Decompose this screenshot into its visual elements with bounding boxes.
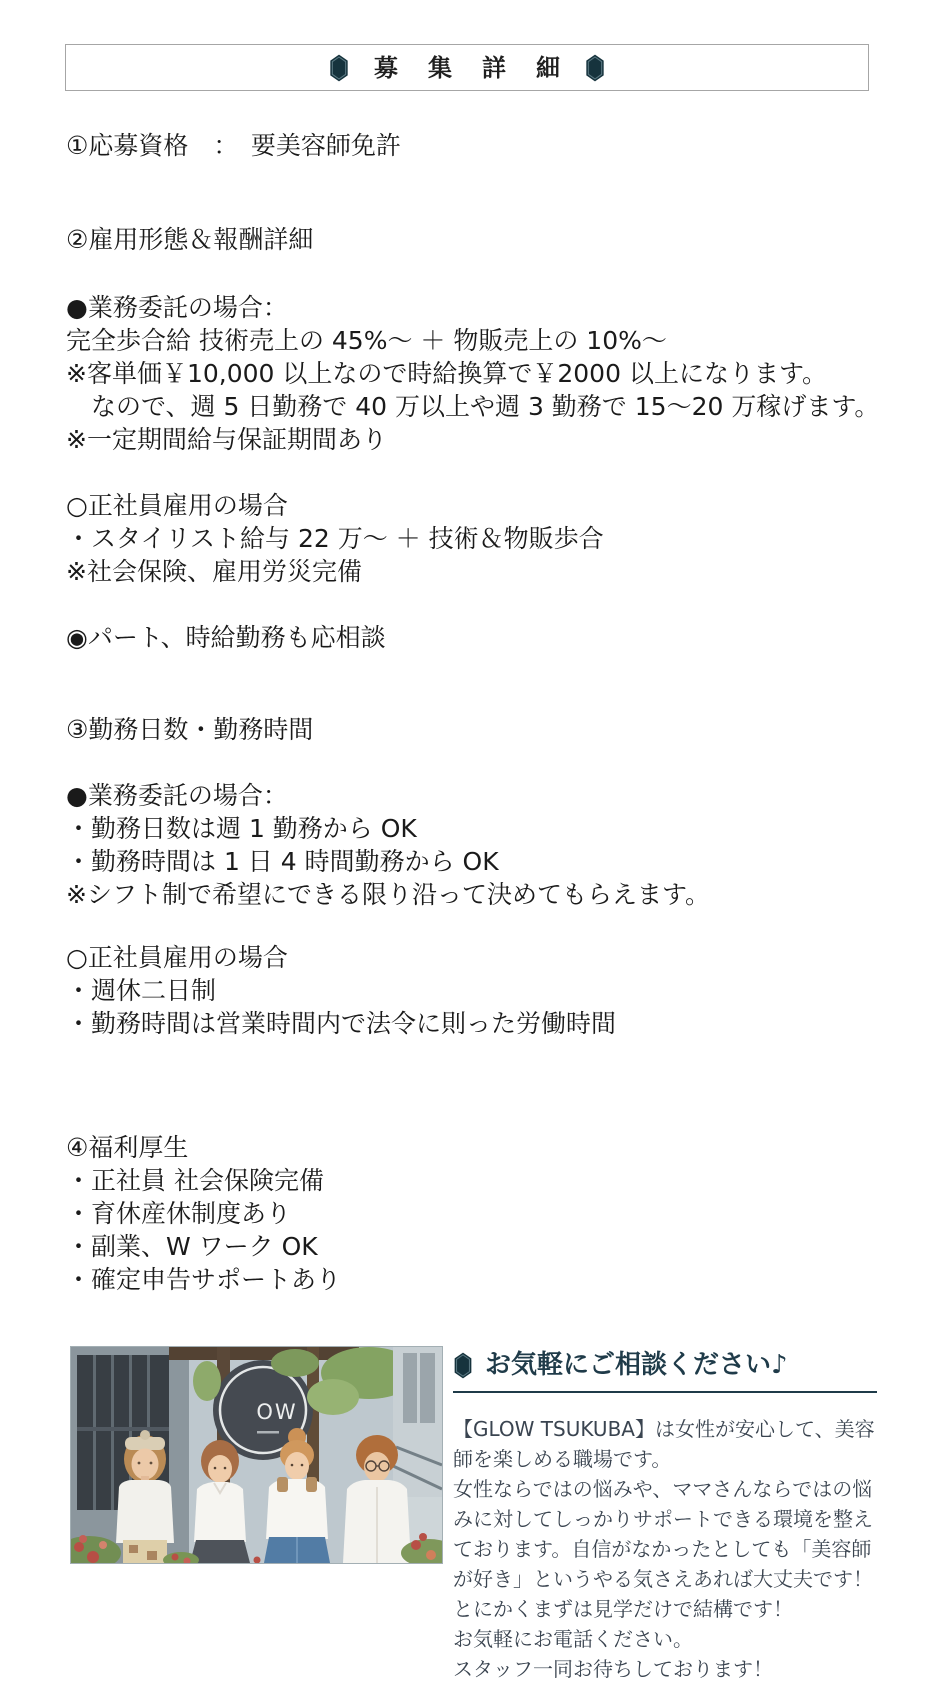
body-line: ・勤務時間は営業時間内で法令に則った労働時間 — [66, 1007, 880, 1040]
body-line: ◉パート、時給勤務も応相談 — [66, 621, 880, 654]
section-working-days-heading: ③勤務日数・勤務時間 — [66, 713, 880, 746]
section-fulltime-schedule: ○正社員雇用の場合 ・週休二日制 ・勤務時間は営業時間内で法令に則った労働時間 — [66, 941, 880, 1040]
consultation-section: OW — [70, 1346, 940, 1684]
section-parttime-note: ◉パート、時給勤務も応相談 — [66, 621, 880, 654]
consult-line: みに対してしっかりサポートできる環境を整え — [453, 1504, 877, 1534]
body-line: ・勤務日数は週 1 勤務から OK — [66, 812, 880, 845]
consult-line: が好き」というやる気さえあれば大丈夫です！ — [453, 1564, 877, 1594]
consult-message: 【GLOW TSUKUBA】は女性が安心して、美容 師を楽しめる職場です。 女性… — [453, 1414, 877, 1684]
section-fulltime-pay: ○正社員雇用の場合 ・スタイリスト給与 22 万～ ＋ 技術＆物販歩合 ※社会保… — [66, 489, 880, 588]
recruitment-title-box: 募集詳細 — [65, 44, 869, 91]
consult-line: スタッフ一同お待ちしております！ — [453, 1654, 877, 1684]
recruitment-details-body: ①応募資格 ： 要美容師免許 ②雇用形態＆報酬詳細 ●業務委託の場合： 完全歩合… — [66, 91, 880, 1296]
staff-photo-illustration: OW — [71, 1347, 442, 1563]
consult-line: 【GLOW TSUKUBA】は女性が安心して、美容 — [453, 1414, 877, 1444]
body-line: 完全歩合給 技術売上の 45%～ ＋ 物販売上の 10%～ — [66, 324, 880, 357]
section-outsourcing-schedule: ●業務委託の場合： ・勤務日数は週 1 勤務から OK ・勤務時間は 1 日 4… — [66, 779, 880, 911]
consult-line: 女性ならではの悩みや、ママさんならではの悩 — [453, 1474, 877, 1504]
body-line: ※社会保険、雇用労災完備 — [66, 555, 880, 588]
consult-heading: お気軽にご相談ください♪ — [453, 1348, 877, 1382]
consult-line: ております。自信がなかったとしても「美容師 — [453, 1534, 877, 1564]
section-employment-type-heading: ②雇用形態＆報酬詳細 — [66, 223, 880, 256]
body-line: ○正社員雇用の場合 — [66, 489, 880, 522]
body-line: ※一定期間給与保証期間あり — [66, 423, 880, 456]
consult-heading-text: お気軽にご相談ください♪ — [485, 1348, 788, 1382]
body-line: ①応募資格 ： 要美容師免許 — [66, 129, 880, 162]
consult-column: お気軽にご相談ください♪ 【GLOW TSUKUBA】は女性が安心して、美容 師… — [453, 1346, 877, 1684]
body-line: ・スタイリスト給与 22 万～ ＋ 技術＆物販歩合 — [66, 522, 880, 555]
body-line: ②雇用形態＆報酬詳細 — [66, 223, 880, 256]
body-line: ・副業、W ワーク OK — [66, 1230, 880, 1263]
page-title: 募集詳細 — [374, 56, 590, 80]
consult-underline — [453, 1391, 877, 1393]
body-line: ●業務委託の場合： — [66, 291, 880, 324]
section-benefits: ④福利厚生 ・正社員 社会保険完備 ・育休産休制度あり ・副業、W ワーク OK… — [66, 1131, 880, 1296]
section-outsourcing-pay: ●業務委託の場合： 完全歩合給 技術売上の 45%～ ＋ 物販売上の 10%～ … — [66, 291, 880, 456]
body-line: ・育休産休制度あり — [66, 1197, 880, 1230]
body-line: ④福利厚生 — [66, 1131, 880, 1164]
gem-icon — [453, 1352, 473, 1379]
body-line: なので、週 5 日勤務で 40 万以上や週 3 勤務で 15～20 万稼げます。 — [66, 390, 880, 423]
body-line: ※客単価￥10,000 以上なので時給換算で￥2000 以上になります。 — [66, 357, 880, 390]
body-line: ・勤務時間は 1 日 4 時間勤務から OK — [66, 845, 880, 878]
body-line: ・週休二日制 — [66, 974, 880, 1007]
consult-line: 師を楽しめる職場です。 — [453, 1444, 877, 1474]
section-application-requirements: ①応募資格 ： 要美容師免許 — [66, 129, 880, 162]
consult-line: お気軽にお電話ください。 — [453, 1624, 877, 1654]
consult-line: とにかくまずは見学だけで結構です！ — [453, 1594, 877, 1624]
body-line: ●業務委託の場合： — [66, 779, 880, 812]
gem-icon — [585, 54, 605, 82]
body-line: ・正社員 社会保険完備 — [66, 1164, 880, 1197]
staff-photo: OW — [70, 1346, 443, 1564]
body-line: ○正社員雇用の場合 — [66, 941, 880, 974]
gem-icon — [329, 54, 349, 82]
body-line: ※シフト制で希望にできる限り沿って決めてもらえます。 — [66, 878, 880, 911]
body-line: ③勤務日数・勤務時間 — [66, 713, 880, 746]
body-line: ・確定申告サポートあり — [66, 1263, 880, 1296]
